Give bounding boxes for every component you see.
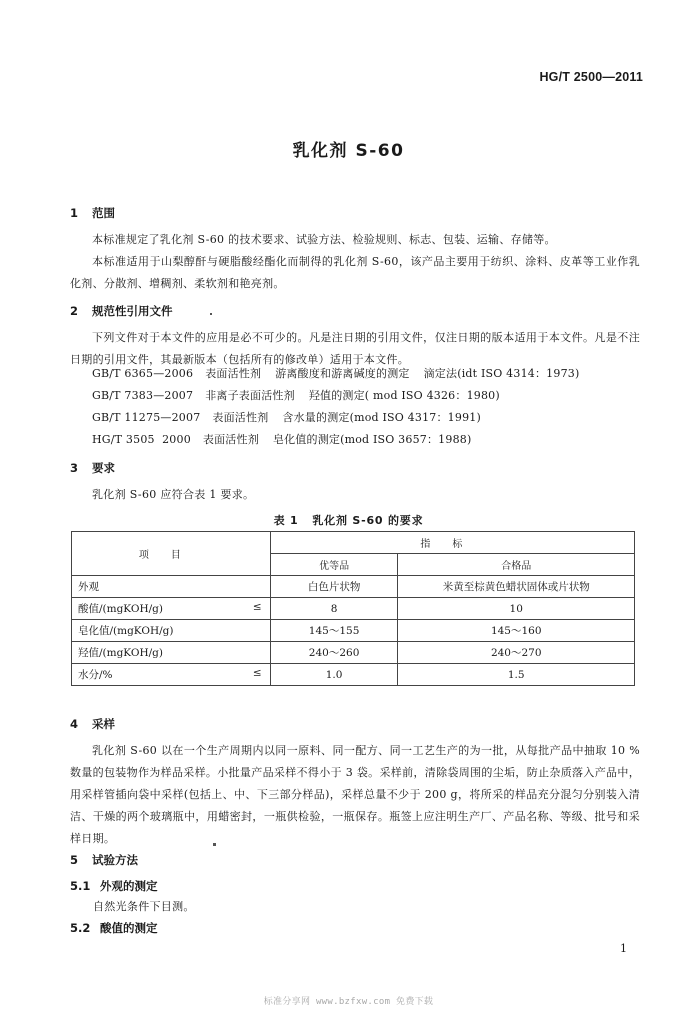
section-number: 3 — [70, 461, 92, 475]
section-4-paragraph: 乳化剂 S-60 以在一个生产周期内以同一原料、同一配方、同一工艺生产的为一批，… — [70, 740, 640, 850]
le-symbol: ≤ — [253, 601, 262, 613]
reference-part: 游离酸度和游离碱度的测定 — [275, 365, 409, 381]
row-premium: 240～260 — [270, 642, 398, 664]
table-caption: 表 1 乳化剂 S-60 的要求 — [0, 512, 697, 528]
reference-part: 非离子表面活性剂 — [205, 387, 295, 403]
row-item: 外观 — [72, 576, 271, 598]
row-premium: 1.0 — [270, 664, 398, 686]
table-row: 外观 白色片状物 米黄至棕黄色蜡状固体或片状物 — [72, 576, 635, 598]
row-qualified: 10 — [398, 598, 635, 620]
reference-item: GB/T 6365—2006表面活性剂游离酸度和游离碱度的测定滴定法(idt I… — [92, 365, 579, 381]
scan-speck — [213, 843, 216, 846]
section-2-heading: 2规范性引用文件 — [70, 303, 173, 319]
section-title: 规范性引用文件 — [92, 304, 173, 318]
section-3-heading: 3要求 — [70, 460, 115, 476]
section-1-paragraph-1: 本标准规定了乳化剂 S-60 的技术要求、试验方法、检验规则、标志、包装、运输、… — [70, 229, 640, 251]
section-3-paragraph: 乳化剂 S-60 应符合表 1 要求。 — [70, 484, 640, 506]
row-item: 皂化值/(mgKOH/g) — [72, 620, 271, 642]
reference-part: 皂化值的测定(mod ISO 3657：1988) — [273, 433, 472, 446]
subsection-number: 5.2 — [70, 921, 100, 935]
section-5-heading: 5试验方法 — [70, 852, 138, 868]
reference-part: 表面活性剂 — [205, 365, 261, 381]
reference-part: 羟值的测定( mod ISO 4326：1980) — [309, 389, 500, 402]
section-1-heading: 1范围 — [70, 205, 115, 221]
requirements-table: 项目 指标 优等品 合格品 外观 白色片状物 米黄至棕黄色蜡状固体或片状物 酸值… — [71, 531, 635, 686]
document-title: 乳化剂 S-60 — [0, 136, 697, 161]
row-item: 羟值/(mgKOH/g) — [72, 642, 271, 664]
subsection-5-1-text: 自然光条件下目测。 — [93, 896, 593, 918]
row-item-label: 水分/% — [78, 669, 113, 681]
section-title: 要求 — [92, 461, 115, 475]
table-row: 酸值/(mgKOH/g)≤ 8 10 — [72, 598, 635, 620]
row-qualified: 145～160 — [398, 620, 635, 642]
reference-code: GB/T 7383—2007 — [92, 389, 193, 402]
row-qualified: 米黄至棕黄色蜡状固体或片状物 — [398, 576, 635, 598]
watermark: 标准分享网 www.bzfxw.com 免费下载 — [0, 994, 697, 1007]
row-item-label: 羟值/(mgKOH/g) — [78, 647, 163, 659]
table-row: 羟值/(mgKOH/g) 240～260 240～270 — [72, 642, 635, 664]
section-number: 1 — [70, 206, 92, 220]
subsection-number: 5.1 — [70, 879, 100, 893]
header-qualified: 合格品 — [398, 554, 635, 576]
row-qualified: 1.5 — [398, 664, 635, 686]
page-number: 1 — [620, 942, 627, 955]
reference-part: 含水量的测定(mod ISO 4317：1991) — [282, 411, 481, 424]
subsection-title: 外观的测定 — [100, 879, 158, 893]
row-premium: 白色片状物 — [270, 576, 398, 598]
reference-code: GB/T 6365—2006 — [92, 367, 193, 380]
section-number: 2 — [70, 304, 92, 318]
section-number: 4 — [70, 717, 92, 731]
reference-code: HG/T 3505 2000 — [92, 433, 191, 446]
reference-code: GB/T 11275—2007 — [92, 411, 200, 424]
reference-item: HG/T 3505 2000表面活性剂皂化值的测定(mod ISO 3657：1… — [92, 431, 471, 447]
row-premium: 8 — [270, 598, 398, 620]
row-item: 酸值/(mgKOH/g)≤ — [72, 598, 271, 620]
row-item: 水分/%≤ — [72, 664, 271, 686]
section-4-heading: 4采样 — [70, 716, 115, 732]
header-premium: 优等品 — [270, 554, 398, 576]
reference-part: 滴定法(idt ISO 4314：1973) — [424, 367, 580, 380]
le-symbol: ≤ — [253, 667, 262, 679]
row-premium: 145～155 — [270, 620, 398, 642]
table-header-row: 项目 指标 — [72, 532, 635, 554]
reference-part: 表面活性剂 — [212, 409, 268, 425]
section-title: 采样 — [92, 717, 115, 731]
table-row: 水分/%≤ 1.0 1.5 — [72, 664, 635, 686]
row-qualified: 240～270 — [398, 642, 635, 664]
header-item: 项目 — [72, 532, 271, 576]
subsection-5-1-heading: 5.1外观的测定 — [70, 878, 158, 894]
subsection-5-2-heading: 5.2酸值的测定 — [70, 920, 158, 936]
table-row: 皂化值/(mgKOH/g) 145～155 145～160 — [72, 620, 635, 642]
section-number: 5 — [70, 853, 92, 867]
reference-part: 表面活性剂 — [203, 431, 259, 447]
scan-speck — [210, 313, 212, 315]
row-item-label: 外观 — [78, 581, 99, 593]
row-item-label: 酸值/(mgKOH/g) — [78, 603, 163, 615]
row-item-label: 皂化值/(mgKOH/g) — [78, 625, 174, 637]
reference-item: GB/T 11275—2007表面活性剂含水量的测定(mod ISO 4317：… — [92, 409, 481, 425]
reference-item: GB/T 7383—2007非离子表面活性剂羟值的测定( mod ISO 432… — [92, 387, 500, 403]
subsection-title: 酸值的测定 — [100, 921, 158, 935]
section-title: 范围 — [92, 206, 115, 220]
header-index: 指标 — [270, 532, 634, 554]
section-title: 试验方法 — [92, 853, 138, 867]
section-1-paragraph-2: 本标准适用于山梨醇酐与硬脂酸经酯化而制得的乳化剂 S-60，该产品主要用于纺织、… — [70, 251, 640, 295]
standard-code: HG/T 2500—2011 — [539, 70, 643, 84]
